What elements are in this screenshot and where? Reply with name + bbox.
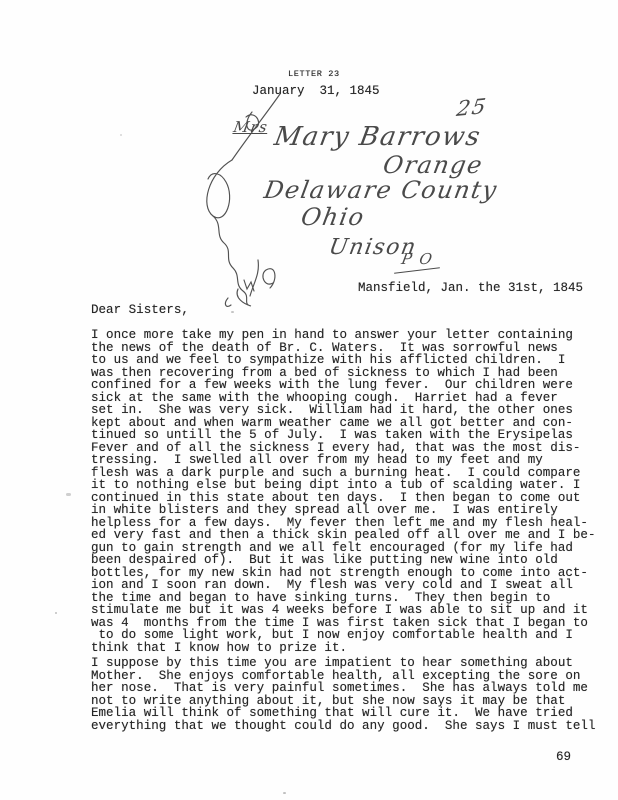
scan-speck xyxy=(120,134,122,136)
scan-speck xyxy=(283,792,286,794)
scan-speck xyxy=(231,311,234,313)
scan-speck xyxy=(66,493,71,496)
letter-number-heading: LETTER 23 xyxy=(288,69,340,79)
address-town: Orange xyxy=(381,151,485,179)
letter-paragraph-2: I suppose by this time you are impatient… xyxy=(91,657,595,732)
scan-speck xyxy=(55,612,57,614)
letter-paragraph-1: I once more take my pen in hand to answe… xyxy=(91,329,595,654)
address-name: Mary Barrows xyxy=(272,122,484,152)
letter-dateline: Mansfield, Jan. the 31st, 1845 xyxy=(358,281,583,295)
postal-rate-handwriting: 25 xyxy=(455,94,489,121)
page-number: 69 xyxy=(556,750,571,764)
scanned-letter-page: LETTER 23 January 31, 1845 25 Mrs Mary B… xyxy=(0,0,618,800)
letter-salutation: Dear Sisters, xyxy=(91,303,189,317)
po-underline-flourish xyxy=(394,267,440,274)
address-county: Delaware County xyxy=(262,176,500,204)
address-state: Ohio xyxy=(299,203,367,231)
address-po-abbrev: P O xyxy=(400,250,435,268)
address-honorific: Mrs xyxy=(232,118,270,136)
rotated-docket-mark xyxy=(240,232,286,304)
